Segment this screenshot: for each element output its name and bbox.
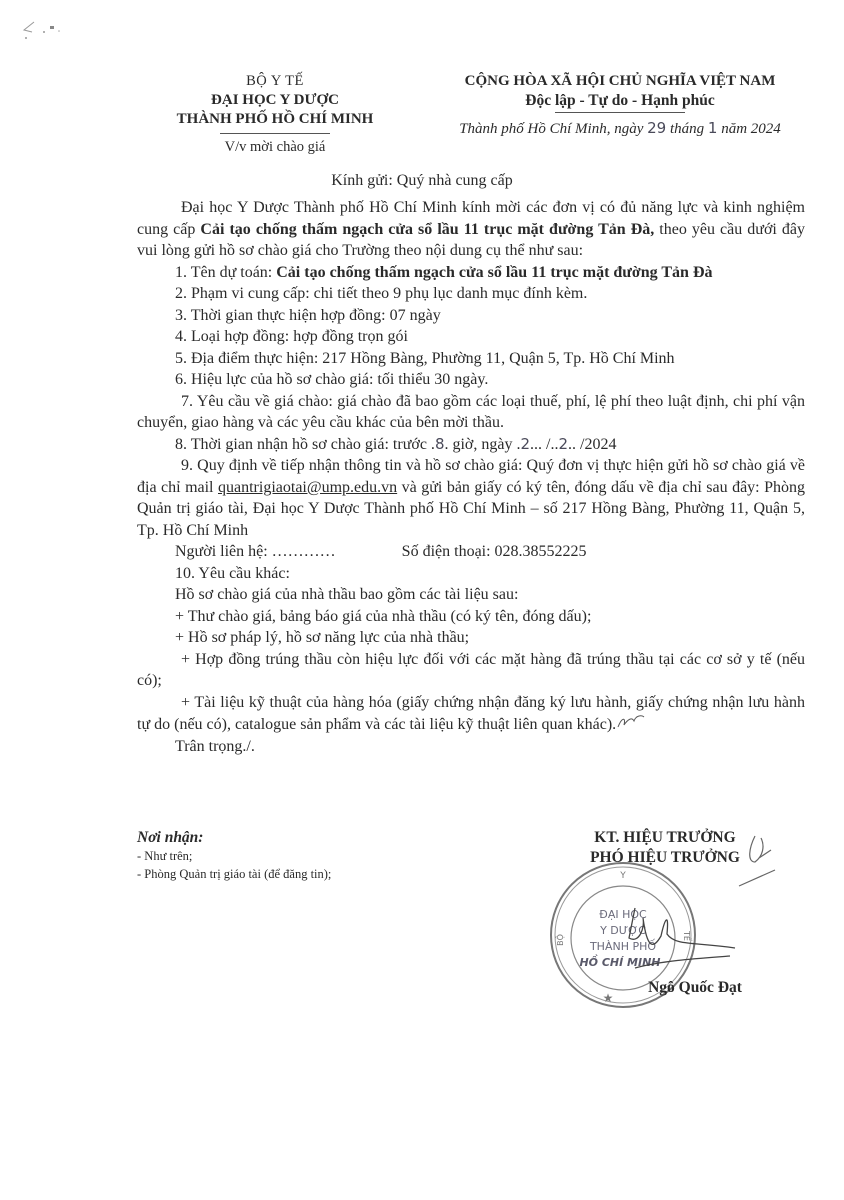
issuer-header: BỘ Y TẾ ĐẠI HỌC Y DƯỢC THÀNH PHỐ HỒ CHÍ … bbox=[145, 72, 405, 157]
handwritten-month: 1 bbox=[708, 119, 718, 137]
contact-line: Người liên hệ: …………Số điện thoại: 028.38… bbox=[137, 541, 805, 563]
item-8: 8. Thời gian nhận hồ sơ chào giá: trước … bbox=[137, 434, 805, 456]
item-3: 3. Thời gian thực hiện hợp đồng: 07 ngày bbox=[137, 305, 805, 327]
project-name: Cải tạo chống thấm ngạch cửa sổ lầu 11 t… bbox=[200, 221, 654, 238]
motto-divider bbox=[555, 112, 685, 113]
recipient-item: - Như trên; bbox=[137, 847, 497, 865]
header-divider bbox=[220, 133, 330, 134]
item-5: 5. Địa điểm thực hiện: 217 Hồng Bàng, Ph… bbox=[137, 348, 805, 370]
recipient-item: - Phòng Quản trị giáo tài (để đăng tin); bbox=[137, 865, 497, 883]
subject-reference: V/v mời chào giá bbox=[145, 138, 405, 157]
document-item-3: + Hợp đồng trúng thầu còn hiệu lực đối v… bbox=[137, 649, 805, 692]
initial-mark-icon bbox=[735, 828, 795, 888]
item-1: 1. Tên dự toán: Cải tạo chống thấm ngạch… bbox=[137, 262, 805, 284]
item-9: 9. Quy định về tiếp nhận thông tin và hồ… bbox=[137, 455, 805, 541]
signature-block: KT. HIỆU TRƯỞNG PHÓ HIỆU TRƯỞNG Ngô Quốc… bbox=[545, 828, 785, 868]
closing: Trân trọng./. bbox=[137, 736, 805, 758]
ministry-name: BỘ Y TẾ bbox=[145, 72, 405, 91]
item-6: 6. Hiệu lực của hồ sơ chào giá: tối thiể… bbox=[137, 369, 805, 391]
handwritten-mark bbox=[14, 14, 74, 44]
national-header: CỘNG HÒA XÃ HỘI CHỦ NGHĨA VIỆT NAM Độc l… bbox=[405, 72, 835, 139]
item-4: 4. Loại hợp đồng: hợp đồng trọn gói bbox=[137, 326, 805, 348]
university-name-line2: THÀNH PHỐ HỒ CHÍ MINH bbox=[145, 110, 405, 129]
recipients-title: Nơi nhận: bbox=[137, 829, 497, 847]
signatory-name: Ngô Quốc Đạt bbox=[595, 978, 795, 998]
document-item-1: + Thư chào giá, bảng báo giá của nhà thầ… bbox=[137, 606, 805, 628]
letter-body: Đại học Y Dược Thành phố Hồ Chí Minh kín… bbox=[137, 197, 805, 757]
svg-text:BỘ: BỘ bbox=[554, 934, 565, 946]
item-7: 7. Yêu cầu về giá chào: giá chào đã bao … bbox=[137, 391, 805, 434]
recipients-block: Nơi nhận: - Như trên; - Phòng Quản trị g… bbox=[137, 829, 497, 883]
email-link[interactable]: quantrigiaotai@ump.edu.vn bbox=[218, 479, 397, 496]
intro-paragraph: Đại học Y Dược Thành phố Hồ Chí Minh kín… bbox=[137, 197, 805, 262]
item-10: 10. Yêu cầu khác: bbox=[137, 563, 805, 585]
nation-title: CỘNG HÒA XÃ HỘI CHỦ NGHĨA VIỆT NAM bbox=[405, 72, 835, 91]
handwritten-deadline-month: 2 bbox=[559, 435, 569, 453]
phone-number: Số điện thoại: 028.38552225 bbox=[402, 543, 587, 560]
document-item-4: + Tài liệu kỹ thuật của hàng hóa (giấy c… bbox=[137, 692, 805, 736]
greeting: Kính gửi: Quý nhà cung cấp bbox=[0, 172, 844, 190]
document-date: Thành phố Hồ Chí Minh, ngày 29 tháng 1 n… bbox=[405, 119, 835, 139]
documents-intro: Hồ sơ chào giá của nhà thầu bao gồm các … bbox=[137, 584, 805, 606]
handwritten-deadline-day: 2 bbox=[521, 435, 531, 453]
university-name-line1: ĐẠI HỌC Y DƯỢC bbox=[145, 91, 405, 110]
handwritten-day: 29 bbox=[647, 119, 666, 137]
item-2: 2. Phạm vi cung cấp: chi tiết theo 9 phụ… bbox=[137, 283, 805, 305]
initials-signature-icon bbox=[616, 713, 646, 729]
svg-text:Y: Y bbox=[619, 871, 626, 881]
handwritten-signature bbox=[605, 898, 745, 978]
document-item-2: + Hồ sơ pháp lý, hồ sơ năng lực của nhà … bbox=[137, 627, 805, 649]
national-motto: Độc lập - Tự do - Hạnh phúc bbox=[405, 91, 835, 110]
